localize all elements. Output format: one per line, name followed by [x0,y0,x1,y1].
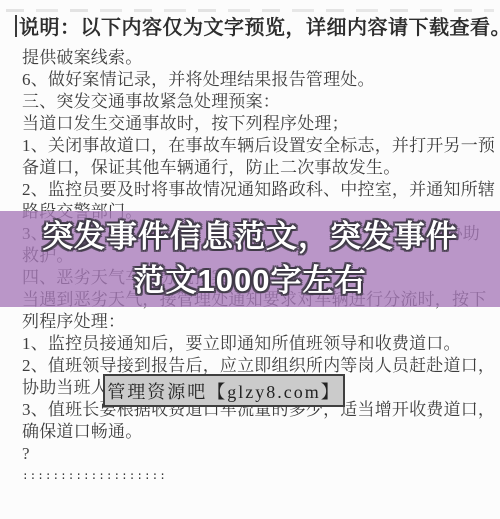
doc-line-dotted-leader: ::::::::::::::::::: [22,465,480,487]
doc-line: 确保道口畅通。 [22,421,480,443]
doc-line: 1、监控员接通知后，要立即通知所值班领导和收费道口。 [22,333,480,355]
overlay-title-line2: 范文1000字左右 [134,259,367,303]
document-preview-page: 说明：以下内容仅为文字预览，详细内容请下载查看。 提供破案线索。 6、做好案情记… [0,0,500,519]
watermark-box: 管理资源吧【glzy8.com】 [103,374,345,407]
preview-notice: 说明：以下内容仅为文字预览，详细内容请下载查看。 [19,11,489,40]
doc-line-section-heading: 三、突发交通事故紧急处理预案： [22,91,480,113]
doc-line: 2、监控员要及时将事故情况通知路政科、中控室，并通知所辖 [22,179,480,201]
text-cursor [15,15,17,37]
doc-line: 提供破案线索。 [22,47,480,69]
title-overlay-band: 突发事件信息范文，突发事件 范文1000字左右 [0,211,500,307]
doc-line: 当道口发生交通事故时，按下列程序处理； [22,113,480,135]
doc-line: 1、关闭事故道口，在事故车辆后设置安全标志，并打开另一预 [22,135,480,157]
doc-line: 列程序处理： [22,311,480,333]
overlay-title-line1: 突发事件信息范文，突发事件 [42,215,458,259]
doc-line: 6、做好案情记录，并将处理结果报告管理处。 [22,69,480,91]
doc-line: 备道口，保证其他车辆通行，防止二次事故发生。 [22,157,480,179]
watermark-text: 管理资源吧【glzy8.com】 [107,378,340,404]
doc-line-question-mark: ? [22,443,480,465]
